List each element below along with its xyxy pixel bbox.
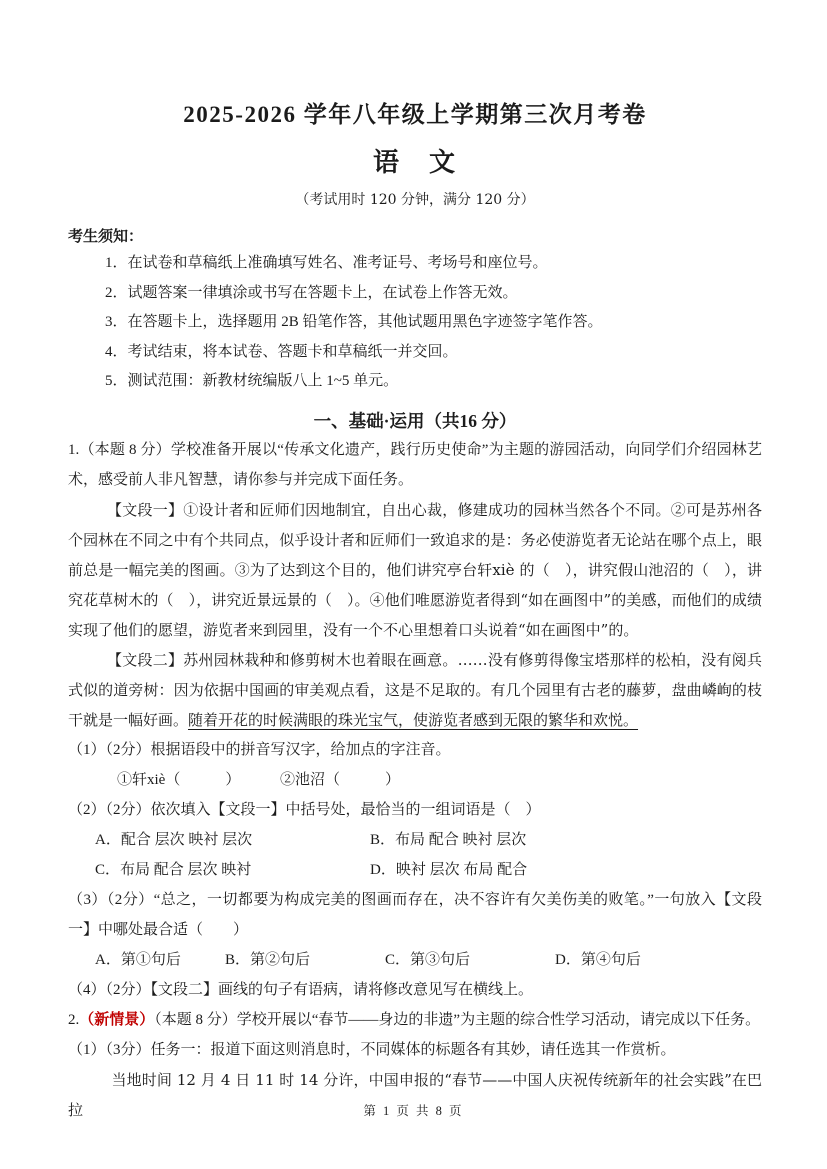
notice-item: 2．试题答案一律填涂或书写在答题卡上，在试卷上作答无效。: [68, 279, 762, 309]
notice-item: 5．测试范围：新教材统编版八上 1~5 单元。: [68, 367, 762, 397]
new-scenario-tag: （新情景）: [79, 1012, 154, 1028]
option-c: C．第③句后: [385, 945, 555, 975]
option-c: C．布局 配合 层次 映衬: [95, 855, 370, 885]
option-a: A．配合 层次 映衬 层次: [95, 825, 370, 855]
section-heading: 一、基础·运用（共16 分）: [68, 407, 762, 435]
option-b: B．布局 配合 映衬 层次: [370, 832, 526, 848]
question-2-number: 2.: [68, 1012, 79, 1028]
question-1-sub3: （3）（2分）“总之，一切都要为构成完美的图画而存在，决不容许有欠美伤美的败笔。…: [68, 885, 762, 945]
sub2-options-row-1: A．配合 层次 映衬 层次B．布局 配合 映衬 层次: [68, 825, 762, 855]
notice-heading: 考生须知：: [68, 225, 762, 249]
option-a: A．第①句后: [95, 945, 225, 975]
passage-2-underlined-sentence: 随着开花的时候满眼的珠光宝气，使游览者感到无限的繁华和欢悦。: [188, 711, 638, 729]
exam-paper-page: 2025-2026 学年八年级上学期第三次月考卷 语 文 （考试用时 120 分…: [0, 0, 827, 1169]
passage-1: 【文段一】①设计者和匠师们因地制宜，自出心裁，修建成功的园林当然各个不同。②可是…: [68, 495, 762, 645]
exam-info: （考试用时 120 分钟，满分 120 分）: [68, 190, 762, 210]
sub3-options-row: A．第①句后B．第②句后C．第③句后D．第④句后: [68, 945, 762, 975]
notice-item: 4．考试结束，将本试卷、答题卡和草稿纸一并交回。: [68, 338, 762, 368]
question-1-stem: 1.（本题 8 分）学校准备开展以“传承文化遗产，践行历史使命”为主题的游园活动…: [68, 435, 762, 495]
pinyin-item-2: ②池沼（ ）: [280, 772, 400, 788]
subject-title: 语 文: [68, 147, 762, 179]
page-number-footer: 第 1 页 共 8 页: [0, 1101, 827, 1119]
passage-2: 【文段二】苏州园林栽种和修剪树木也着眼在画意。……没有修剪得像宝塔那样的松柏，没…: [68, 645, 762, 735]
question-2-sub1: （1）（3分）任务一：报道下面这则消息时，不同媒体的标题各有其妙，请任选其一作赏…: [68, 1035, 762, 1065]
paper-title: 2025-2026 学年八年级上学期第三次月考卷: [68, 100, 762, 130]
option-d: D．第④句后: [555, 952, 641, 968]
question-1-sub4: （4）（2分）【文段二】画线的句子有语病，请将修改意见写在横线上。: [68, 975, 762, 1005]
option-b: B．第②句后: [225, 945, 385, 975]
pinyin-answer-row: ①轩xiè（ ）②池沼（ ）: [68, 765, 762, 795]
question-2-stem: 2.（新情景）（本题 8 分）学校开展以“春节——身边的非遗”为主题的综合性学习…: [68, 1005, 762, 1035]
question-1-sub1: （1）（2分）根据语段中的拼音写汉字，给加点的字注音。: [68, 735, 762, 765]
notice-item: 3．在答题卡上，选择题用 2B 铅笔作答，其他试题用黑色字迹签字笔作答。: [68, 308, 762, 338]
question-2-text: （本题 8 分）学校开展以“春节——身边的非遗”为主题的综合性学习活动，请完成以…: [154, 1012, 760, 1028]
notice-item: 1．在试卷和草稿纸上准确填写姓名、准考证号、考场号和座位号。: [68, 249, 762, 279]
option-d: D．映衬 层次 布局 配合: [370, 862, 527, 878]
sub2-options-row-2: C．布局 配合 层次 映衬D．映衬 层次 布局 配合: [68, 855, 762, 885]
page-content: 2025-2026 学年八年级上学期第三次月考卷 语 文 （考试用时 120 分…: [0, 100, 827, 1125]
pinyin-item-1: ①轩xiè（ ）: [117, 765, 280, 795]
question-1-sub2: （2）（2分）依次填入【文段一】中括号处，最恰当的一组词语是（ ）: [68, 795, 762, 825]
